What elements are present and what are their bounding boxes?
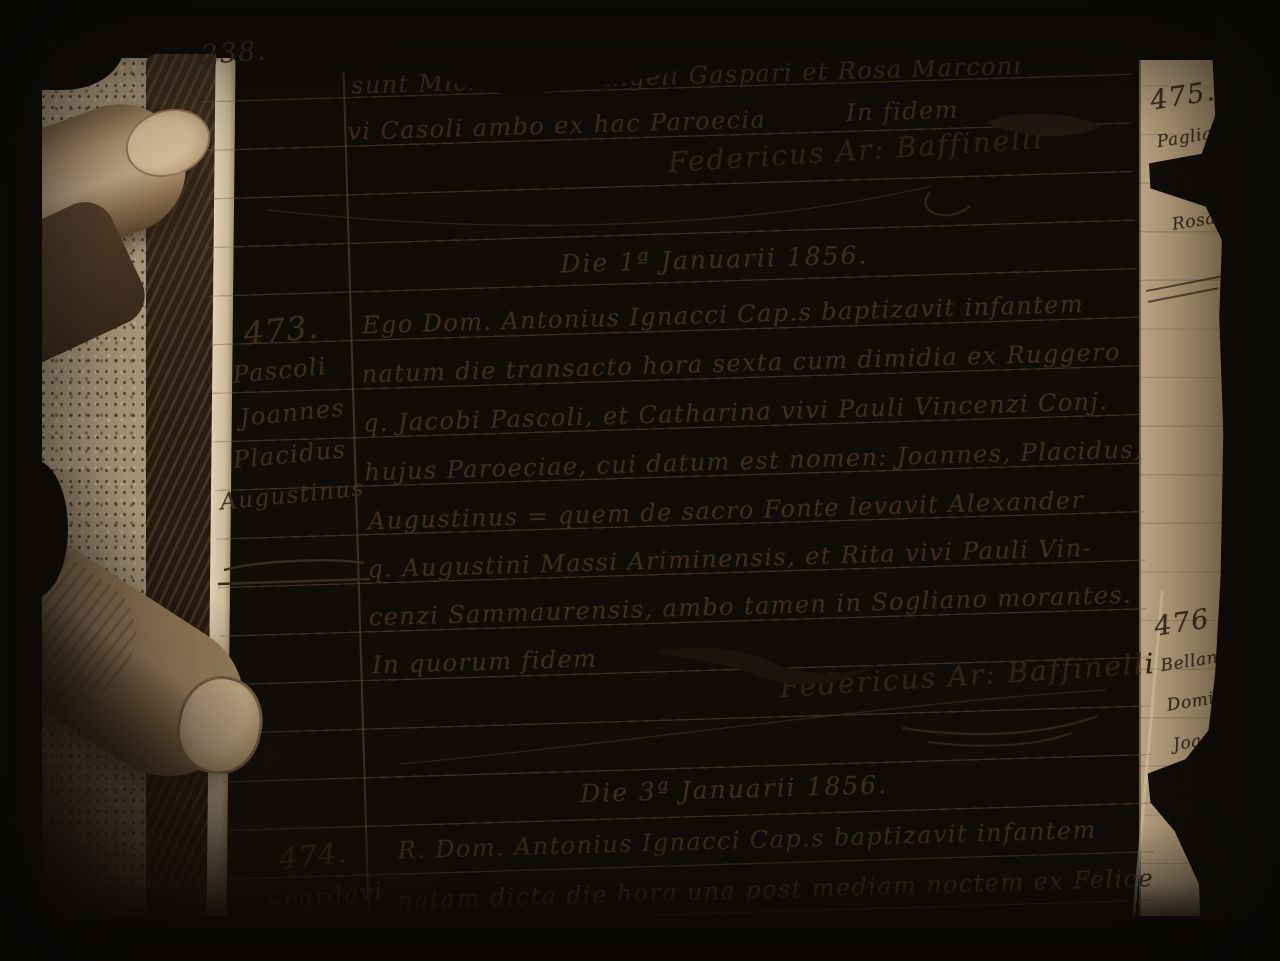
register-photograph: sunt Michael q.m Angeli Gaspari et Rosa …	[0, 0, 1280, 961]
entry-473-body-line: q. Augustini Massi Ariminensis, et Rita …	[367, 534, 1092, 583]
entry-473-body-line: Ego Dom. Antonius Ignacci Cap.s baptizav…	[362, 290, 1085, 339]
entry-473-body-line: cenzi Sammaurensis, ambo tamen in Soglia…	[368, 581, 1132, 632]
priest-signature: Federicus Ar: Baffinelli	[779, 647, 1157, 704]
entry-474-heading: Die 3ª Januarii 1856.	[580, 770, 889, 808]
entry-473-body-line: q. Jacobi Pascoli, et Catharina vivi Pau…	[363, 387, 1109, 437]
photo-border-notch	[0, 460, 68, 598]
entry-473-body-line: hujus Paroeciae, cui datum est nomen: Jo…	[364, 435, 1143, 486]
entry-473-body-line: Augustinus = quem de sacro Fonte levavit…	[368, 486, 1085, 535]
prev-entry-attestation: In fidem	[846, 96, 959, 127]
entry-473-heading: Die 1ª Januarii 1856.	[560, 240, 869, 278]
entry-473-margin-name: Placidus	[232, 435, 348, 474]
entry-473-margin-name: Pascoli	[231, 352, 328, 389]
entry-473-margin-name: Joannes	[238, 394, 346, 432]
page-number: 238.	[200, 35, 268, 71]
prev-entry-line: vi Casoli ambo ex hac Paroecia	[347, 105, 767, 145]
entry-473-number: 473.	[242, 307, 321, 352]
photo-border-bottom	[0, 916, 1280, 961]
entry-473-body-line: natum die transacto hora sexta cum dimid…	[361, 338, 1121, 389]
